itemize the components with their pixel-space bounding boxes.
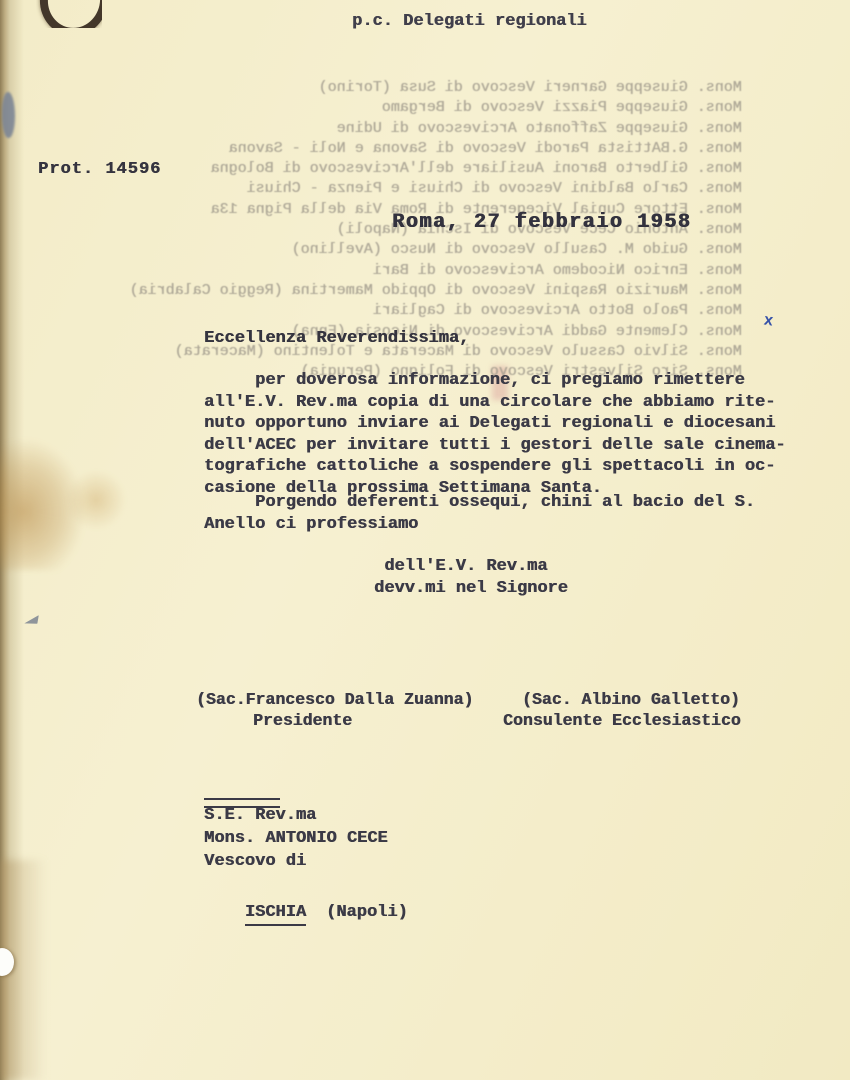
closing-paragraph: Porgendo deferenti ossequi, chini al bac…: [204, 492, 755, 535]
coffee-stain-small: [66, 470, 126, 530]
document-page: Mons. Giuseppe Garneri Vescovo di Susa (…: [0, 0, 850, 1080]
signature-right-name: (Sac. Albino Galletto): [522, 690, 740, 709]
ink-blot: [2, 92, 15, 138]
valediction: dell'E.V. Rev.ma devv.mi nel Signore: [374, 556, 568, 600]
recipient-city: ISCHIA: [245, 903, 306, 926]
signature-left-title: Presidente: [253, 711, 352, 730]
salutation: Eccellenza Reverendissima,: [204, 329, 469, 348]
signature-right-title: Consulente Ecclesiastico: [503, 711, 741, 730]
corner-ring-stain-arc: [36, 0, 102, 28]
recipient-title: Vescovo di: [204, 852, 306, 871]
recipient-province: (Napoli): [326, 903, 408, 922]
recipient-city-line: ISCHIA(Napoli): [204, 884, 408, 941]
recipient-name: Mons. ANTONIO CECE: [204, 829, 388, 848]
corner-ring-stain: [36, 0, 102, 28]
body-paragraph: per doverosa informazione, ci pregiamo r…: [204, 370, 786, 500]
protocol-number: Prot. 14596: [38, 160, 161, 179]
signature-left-name: (Sac.Francesco Dalla Zuanna): [196, 690, 473, 709]
recipient-honorific: S.E. Rev.ma: [204, 806, 316, 825]
dateline: Roma, 27 febbraio 1958: [392, 211, 691, 234]
cc-line: p.c. Delegati regionali: [352, 12, 587, 31]
blue-x-annotation: x: [763, 311, 774, 330]
